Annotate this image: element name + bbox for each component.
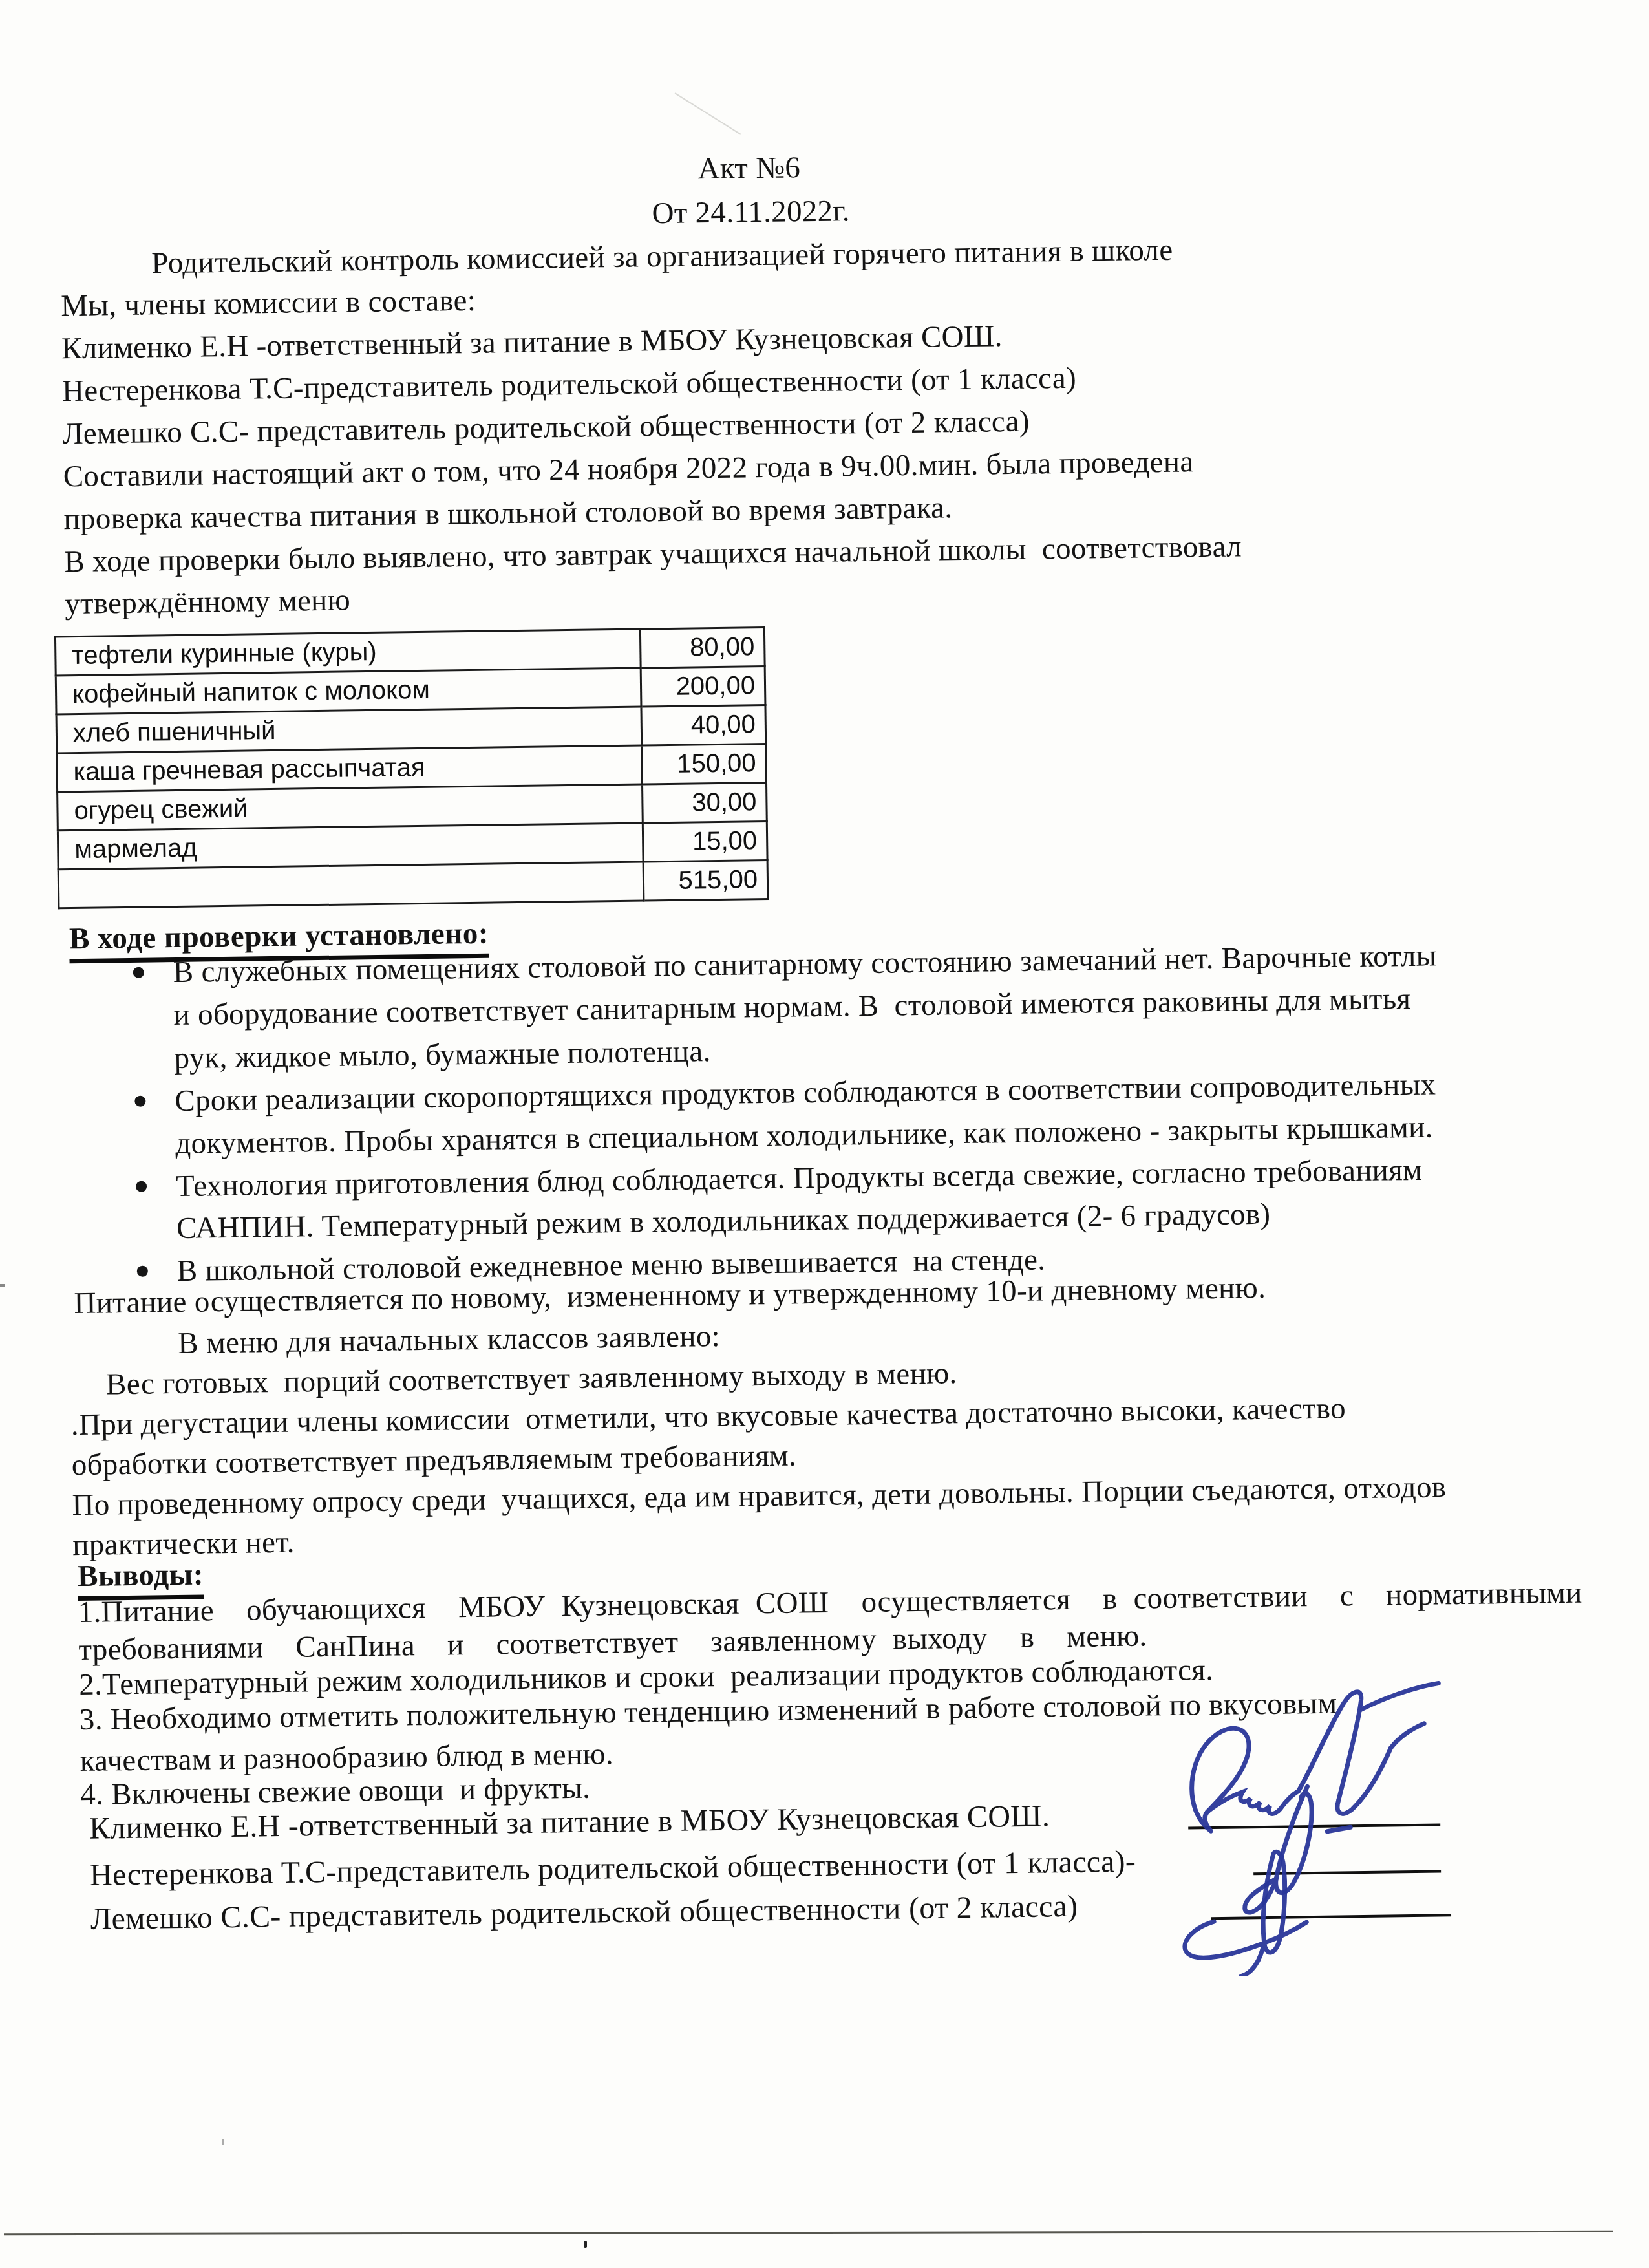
bullet-1-line-3: рук, жидкое мыло, бумажные полотенца.	[174, 1033, 711, 1076]
member-2: Нестеренкова Т.С-представитель родительс…	[62, 360, 1077, 410]
menu-item-price: 80,00	[640, 628, 765, 669]
menu-item-price: 515,00	[643, 860, 768, 901]
act-number: Акт №6	[697, 149, 800, 187]
bullet-1-line-2: и оборудование соответствует санитарным …	[173, 981, 1410, 1033]
scan-speck-3	[0, 1284, 5, 1287]
signature-lemeshko-ink	[1178, 1845, 1348, 1976]
signature-rule-3	[1211, 1914, 1451, 1920]
menu-item-price: 150,00	[642, 744, 767, 785]
menu-item-price: 15,00	[643, 821, 767, 862]
portion-weight: Вес готовых порций соответствует заявлен…	[106, 1355, 957, 1403]
act-statement-1: Составили настоящий акт о том, что 24 но…	[63, 444, 1193, 495]
menu-item-name	[58, 862, 644, 908]
menu-price-table: тефтели куринные (куры)80,00кофейный нап…	[54, 626, 769, 909]
scanned-document-page: Акт №6От 24.11.2022г.Родительский контро…	[0, 0, 1649, 2268]
bullet-3-line-2: САНПИН. Температурный режим в холодильни…	[176, 1196, 1271, 1247]
scan-speck-2	[222, 2139, 224, 2145]
act-statement-2: проверка качества питания в школьной сто…	[63, 489, 953, 537]
findings-2: утверждённому меню	[65, 582, 350, 622]
menu-item-price: 40,00	[641, 705, 766, 746]
scan-speck-1	[584, 2241, 587, 2248]
signature-nesterenkova-ink	[1231, 1781, 1362, 1918]
member-3: Лемешко С.С- представитель родительской …	[62, 403, 1030, 453]
menu-declared: В меню для начальных классов заявлено:	[178, 1318, 720, 1362]
tasting-note-2: обработки соответствует предъявляемым тр…	[71, 1437, 796, 1483]
bullet-dot-1	[133, 967, 144, 978]
menu-item-price: 200,00	[641, 667, 765, 707]
bullet-dot-2	[134, 1096, 145, 1107]
signature-rule-2	[1253, 1870, 1441, 1875]
signature-line-2: Нестеренкова Т.С-представитель родительс…	[90, 1843, 1136, 1894]
menu-item-price: 30,00	[643, 783, 767, 824]
doc-subject: Родительский контроль комиссией за орган…	[151, 232, 1173, 282]
commission-intro: Мы, члены комиссии в составе:	[61, 283, 476, 325]
signature-line-3: Лемешко С.С- представитель родительской …	[90, 1888, 1078, 1938]
signature-rule-1	[1188, 1823, 1440, 1829]
document-text-layer: Акт №6От 24.11.2022г.Родительский контро…	[0, 0, 1646, 1]
bullet-dot-3	[136, 1181, 147, 1192]
member-1: Клименко Е.Н -ответственный за питание в…	[61, 318, 1003, 367]
findings-1: В ходе проверки было выявлено, что завтр…	[64, 528, 1242, 580]
act-date: От 24.11.2022г.	[652, 193, 850, 231]
document-content: Акт №6От 24.11.2022г.Родительский контро…	[0, 0, 1649, 2268]
bullet-dot-4	[137, 1266, 148, 1277]
